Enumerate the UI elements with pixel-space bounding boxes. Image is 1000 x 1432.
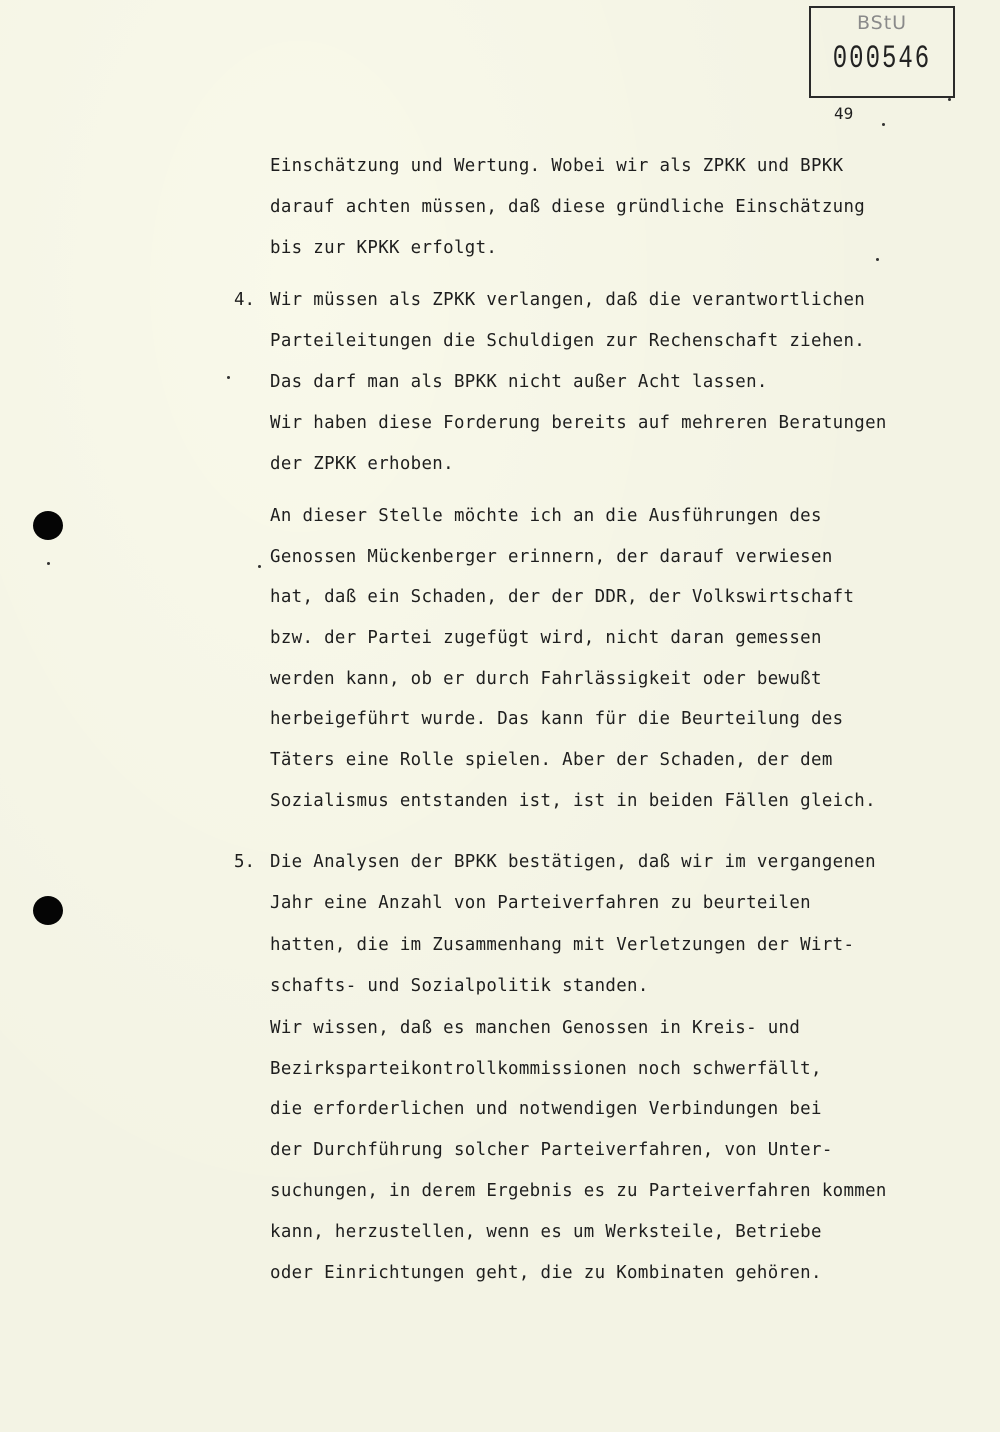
text-line: darauf achten müssen, daß diese gründlic… [270, 197, 865, 217]
text-line: hatten, die im Zusammenhang mit Verletzu… [270, 935, 854, 955]
text-line: Die Analysen der BPKK bestätigen, daß wi… [270, 852, 876, 872]
text-line: Jahr eine Anzahl von Parteiverfahren zu … [270, 893, 811, 913]
text-line: hat, daß ein Schaden, der der DDR, der V… [270, 587, 854, 607]
text-line: bzw. der Partei zugefügt wird, nicht dar… [270, 628, 822, 648]
punch-hole-icon [33, 511, 63, 540]
text-line: die erforderlichen und notwendigen Verbi… [270, 1099, 822, 1119]
text-line: Einschätzung und Wertung. Wobei wir als … [270, 156, 843, 176]
scan-speck [47, 562, 50, 565]
page-number: 49 [834, 104, 853, 123]
text-line: Das darf man als BPKK nicht außer Acht l… [270, 372, 768, 392]
text-line: Wir wissen, daß es manchen Genossen in K… [270, 1018, 800, 1038]
scan-speck [227, 376, 230, 379]
text-line: oder Einrichtungen geht, die zu Kombinat… [270, 1263, 822, 1283]
document-page: BStU 000546 49 Einschätzung und Wertung.… [0, 0, 1000, 1432]
punch-hole-icon [33, 896, 63, 925]
text-line: Sozialismus entstanden ist, ist in beide… [270, 791, 876, 811]
list-number: 4. [234, 290, 255, 310]
text-line: Genossen Mückenberger erinnern, der dara… [270, 547, 833, 567]
text-line: bis zur KPKK erfolgt. [270, 238, 497, 258]
text-line: herbeigeführt wurde. Das kann für die Be… [270, 709, 843, 729]
list-number: 5. [234, 852, 255, 872]
text-line: schafts- und Sozialpolitik standen. [270, 976, 649, 996]
text-line: An dieser Stelle möchte ich an die Ausfü… [270, 506, 822, 526]
text-line: Wir haben diese Forderung bereits auf me… [270, 413, 887, 433]
text-line: werden kann, ob er durch Fahrlässigkeit … [270, 669, 822, 689]
archive-stamp: BStU 000546 [809, 6, 955, 98]
text-line: Parteileitungen die Schuldigen zur Reche… [270, 331, 865, 351]
text-line: suchungen, in derem Ergebnis es zu Parte… [270, 1181, 887, 1201]
text-line: kann, herzustellen, wenn es um Werksteil… [270, 1222, 822, 1242]
scan-speck [882, 123, 885, 126]
scan-speck [876, 258, 879, 261]
text-line: Wir müssen als ZPKK verlangen, daß die v… [270, 290, 865, 310]
text-line: der ZPKK erhoben. [270, 454, 454, 474]
stamp-number: 000546 [811, 41, 953, 77]
text-line: Bezirksparteikontrollkommissionen noch s… [270, 1059, 822, 1079]
stamp-label: BStU [811, 12, 953, 34]
scan-speck [948, 98, 951, 101]
text-line: der Durchführung solcher Parteiverfahren… [270, 1140, 833, 1160]
text-line: Täters eine Rolle spielen. Aber der Scha… [270, 750, 833, 770]
scan-speck [258, 565, 261, 568]
